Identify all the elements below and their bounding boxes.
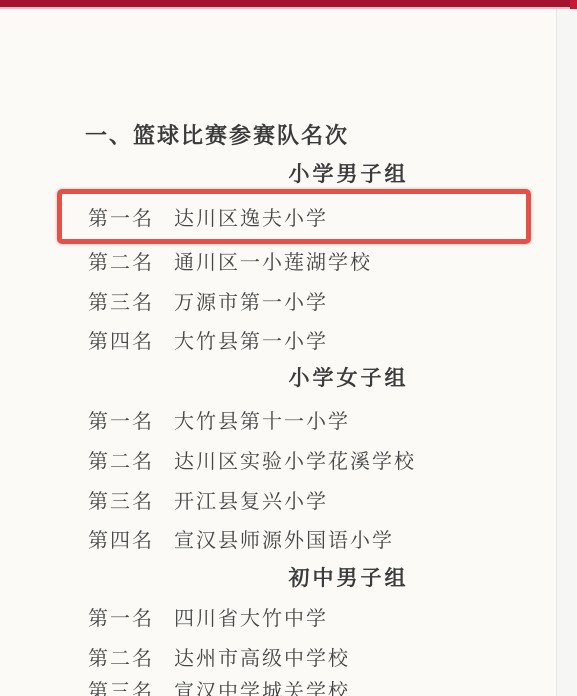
team-name: 宣汉县师源外国语小学 — [174, 524, 394, 553]
rank-label: 第四名 — [88, 325, 174, 354]
group-heading-junior-boys: 初中男子组 — [60, 562, 577, 592]
team-name: 大竹县第十一小学 — [174, 405, 350, 434]
rank-row: 第一名四川省大竹中学 — [88, 602, 328, 631]
team-name: 开江县复兴小学 — [174, 485, 328, 514]
rank-label: 第一名 — [88, 202, 174, 231]
rank-label: 第三名 — [88, 675, 174, 696]
team-name: 万源市第一小学 — [174, 286, 328, 315]
rank-label: 第一名 — [88, 405, 174, 434]
page-title: 一、篮球比赛参赛队名次 — [85, 119, 349, 150]
top-accent-bar — [0, 0, 577, 7]
team-name: 达川区逸夫小学 — [174, 202, 328, 231]
rank-row: 第三名万源市第一小学 — [88, 286, 328, 315]
rank-row: 第四名宣汉县师源外国语小学 — [88, 524, 394, 553]
rank-label: 第四名 — [88, 524, 174, 553]
rank-row: 第四名大竹县第一小学 — [88, 325, 328, 354]
top-accent-bar-underline — [0, 7, 577, 9]
group-heading-primary-boys: 小学男子组 — [60, 158, 577, 188]
rank-label: 第三名 — [88, 286, 174, 315]
rank-row: 第一名大竹县第十一小学 — [88, 405, 350, 434]
document-page: 一、篮球比赛参赛队名次 小学男子组 第一名达川区逸夫小学 第二名通川区一小莲湖学… — [0, 0, 577, 696]
rank-row: 第二名通川区一小莲湖学校 — [88, 246, 372, 275]
rank-row-clipped: 第三名宣汉中学城关学校 — [88, 675, 350, 696]
team-name: 通川区一小莲湖学校 — [174, 246, 372, 275]
rank-label: 第三名 — [88, 485, 174, 514]
rank-label: 第二名 — [88, 445, 174, 474]
team-name: 四川省大竹中学 — [174, 602, 328, 631]
team-name: 宣汉中学城关学校 — [174, 675, 350, 696]
rank-row: 第二名达州市高级中学校 — [88, 642, 350, 671]
rank-label: 第二名 — [88, 642, 174, 671]
page-edge — [556, 9, 577, 696]
team-name: 达川区实验小学花溪学校 — [174, 445, 416, 474]
rank-label: 第二名 — [88, 246, 174, 275]
group-heading-primary-girls: 小学女子组 — [60, 362, 577, 392]
rank-label: 第一名 — [88, 602, 174, 631]
rank-row: 第二名达川区实验小学花溪学校 — [88, 445, 416, 474]
rank-row: 第三名开江县复兴小学 — [88, 485, 328, 514]
team-name: 达州市高级中学校 — [174, 642, 350, 671]
team-name: 大竹县第一小学 — [174, 325, 328, 354]
rank-row: 第一名达川区逸夫小学 — [88, 202, 328, 231]
